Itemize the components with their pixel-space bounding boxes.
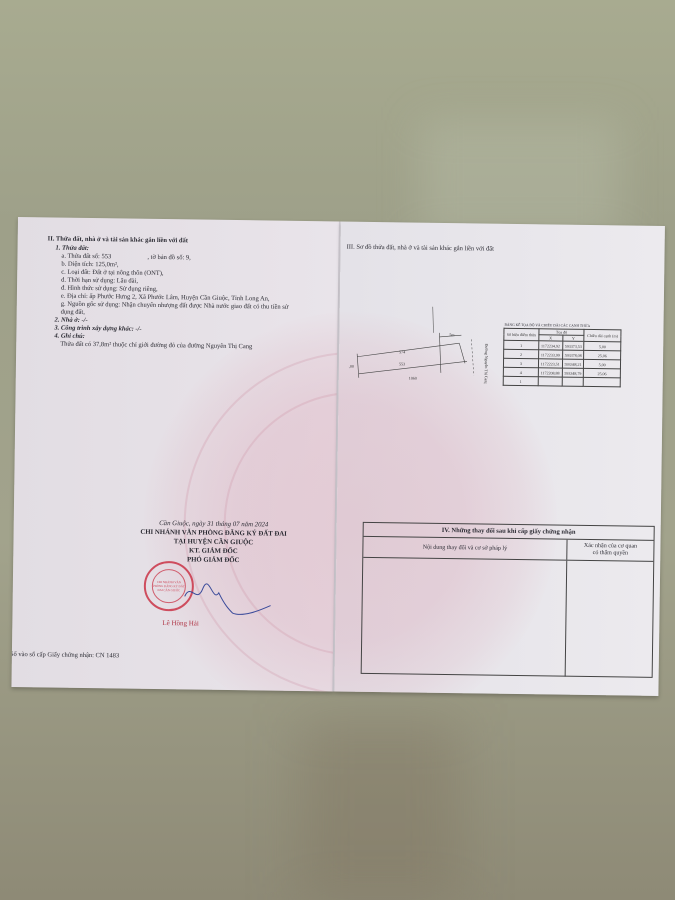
cell-x: 1172208,88 <box>538 368 562 377</box>
signer-name: Lê Hồng Hải <box>162 619 199 628</box>
confirm-line-1: Xác nhận của cơ quan <box>584 543 637 550</box>
land-certificate-document: II. Thửa đất, nhà ở và tài sản khác gắn … <box>11 217 665 706</box>
cell-len: 25,06 <box>584 368 621 378</box>
cell-pt: 2 <box>504 349 539 358</box>
notes-heading: 4. Ghi chú: <box>54 333 85 341</box>
background-shadow <box>300 720 460 900</box>
watermark-seal <box>141 309 340 692</box>
background-shadow <box>420 120 620 240</box>
cell-len <box>584 377 621 387</box>
cell-len: 5,00 <box>584 359 621 369</box>
section-iii-title: III. Sơ đồ thửa đất, nhà ở và tài sản kh… <box>347 244 495 254</box>
changes-col-confirm: Xác nhận của cơ quancó thẩm quyền <box>567 540 653 561</box>
svg-text:5,00: 5,00 <box>349 364 354 370</box>
changes-col-content: Nội dung thay đổi và cơ sở pháp lý <box>363 537 567 560</box>
cell-y <box>562 377 584 386</box>
map-sheet-number: , tờ bản đồ số: 9, <box>147 254 190 263</box>
cell-y: 593373,53 <box>562 341 584 350</box>
cell-pt: 4 <box>503 367 538 376</box>
th-point: Số hiệu điểm thửa <box>504 328 539 340</box>
notes-text: Thửa đất có 37,8m² thuộc chỉ giới đường … <box>60 341 252 352</box>
signature-icon <box>182 574 273 620</box>
cell-pt: 1 <box>503 376 538 385</box>
svg-text:553: 553 <box>399 361 405 366</box>
cell-x: 1172233,99 <box>538 350 562 359</box>
changes-content-cell <box>362 558 568 677</box>
cell-y: 593378,08 <box>562 350 584 359</box>
registry-number: Số vào sổ cấp Giấy chứng nhận: CN 1483 <box>11 651 119 661</box>
left-page: II. Thửa đất, nhà ở và tài sản khác gắn … <box>11 217 340 691</box>
cell-y: 593348,21 <box>562 359 584 368</box>
cell-x: 1172223,51 <box>538 359 562 368</box>
table-row: 1 <box>503 376 620 387</box>
cell-pt: 3 <box>503 358 538 367</box>
svg-text:Đường Nguyễn Thị Cang: Đường Nguyễn Thị Cang <box>484 344 490 384</box>
svg-text:1060: 1060 <box>409 375 417 380</box>
cell-x <box>538 377 562 386</box>
cell-x: 1172234,92 <box>539 341 563 350</box>
right-page: III. Sơ đồ thửa đất, nhà ở và tài sản kh… <box>334 222 665 696</box>
changes-table: IV. Những thay đổi sau khi cấp giấy chứn… <box>361 522 655 678</box>
cell-pt: 1 <box>504 340 539 349</box>
stamp-text: CHI NHÁNH VĂN PHÒNG ĐĂNG KÝ ĐẤT ĐAI CẦN … <box>152 569 186 603</box>
confirm-line-2: có thẩm quyền <box>593 550 628 556</box>
role-line-2: PHÓ GIÁM ĐỐC <box>113 554 313 566</box>
coordinate-table: Số hiệu điểm thửa Tọa độ Chiều dài cạnh … <box>503 328 622 388</box>
parcel-diagram: 574 553 5,00 1060 5m Đường Nguyễn Thị Ca… <box>349 302 520 384</box>
svg-text:574: 574 <box>399 349 405 354</box>
signature-block: Cần Giuộc, ngày 31 tháng 07 năm 2024 CHI… <box>113 518 314 566</box>
cell-y: 593348,79 <box>562 368 584 377</box>
svg-text:5m: 5m <box>449 332 455 337</box>
changes-confirm-cell <box>566 561 654 678</box>
th-length: Chiều dài cạnh (m) <box>584 329 621 342</box>
